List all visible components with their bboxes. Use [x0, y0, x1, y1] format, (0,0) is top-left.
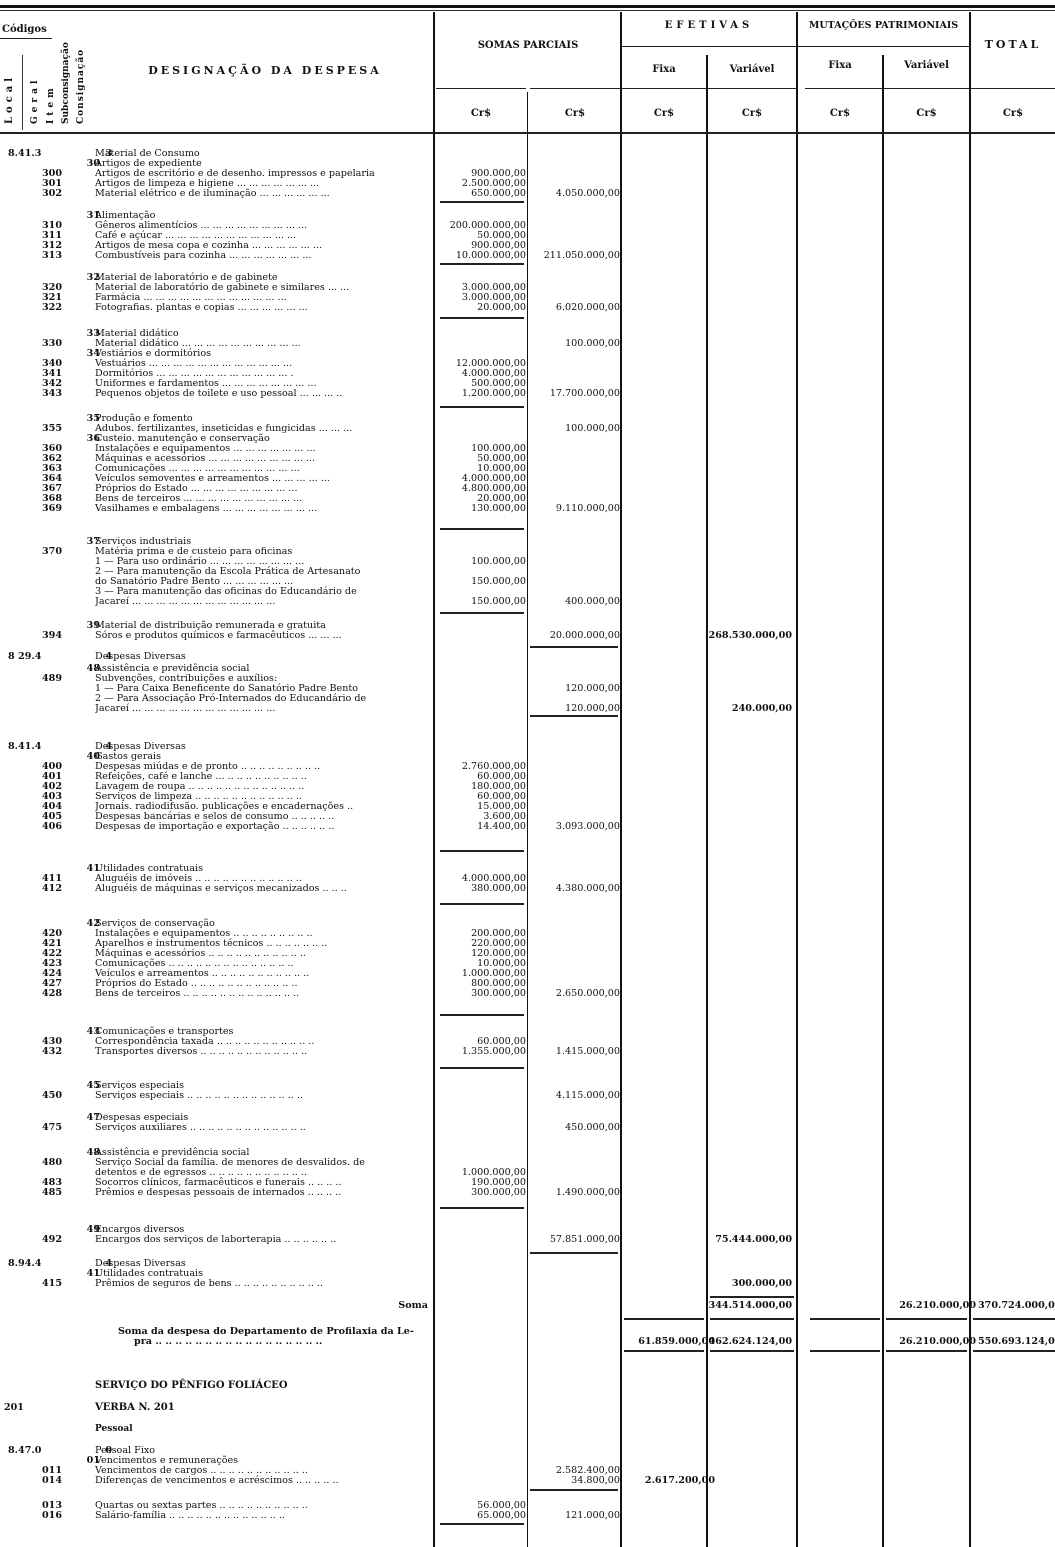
total-rule — [810, 1318, 880, 1320]
currency-label: Cr$ — [708, 108, 796, 119]
row-soma-parcial-1: 300.000,00 — [436, 988, 526, 999]
table-row: 322Fotografias. plantas e copias ... ...… — [0, 302, 1055, 313]
subtotal-rule — [530, 1252, 618, 1254]
row-soma-parcial-2: 211.050.000,00 — [530, 250, 620, 261]
table-row: 302Material elétrico e de iluminação ...… — [0, 188, 1055, 199]
mutacoes-header: MUTAÇÕES PATRIMONIAIS — [798, 20, 969, 31]
hdr-rule — [622, 88, 706, 89]
row-soma-parcial-2: 57.851.000,00 — [530, 1234, 620, 1245]
table-row: 492Encargos dos serviços de laborterapia… — [0, 1234, 1055, 1245]
row-code: 016 — [32, 1510, 62, 1521]
hdr-rule — [436, 88, 526, 89]
table-row: Jacareí ... ... ... ... ... ... ... ... … — [0, 703, 1055, 714]
col-consignacao: Consignação — [76, 49, 86, 124]
hdr-rule — [971, 88, 1055, 89]
row-description: Aluguéis de máquinas e serviços mecaniza… — [95, 883, 430, 894]
row-code: 415 — [32, 1278, 62, 1289]
col-geral: Geral — [30, 77, 40, 124]
subtotal-rule — [440, 1014, 524, 1016]
table-row: 369Vasilhames e embalagens ... ... ... .… — [0, 503, 1055, 514]
row-description: Prêmios de seguros de bens .. .. .. .. .… — [95, 1278, 430, 1289]
codigos-rule — [0, 38, 52, 39]
row-efetivas-variavel: 268.530.000,00 — [700, 630, 792, 641]
subtotal-rule — [440, 903, 524, 905]
subtotal-rule — [440, 263, 524, 265]
row-soma-parcial-1: 150.000,00 — [436, 596, 526, 607]
table-row: 313Combustíveis para cozinha ... ... ...… — [0, 250, 1055, 261]
row-description: Prêmios e despesas pessoais de internado… — [95, 1187, 430, 1198]
col-subconsignacao: Subconsignação — [61, 42, 71, 124]
subtotal-rule — [440, 317, 524, 319]
row-code: 475 — [32, 1122, 62, 1133]
row-soma-parcial-2: 20.000.000,00 — [530, 630, 620, 641]
soma-depto-efetivas-variavel: 462.624.124,00 — [700, 1336, 792, 1347]
row-soma-parcial-1: 20.000,00 — [436, 302, 526, 313]
row-soma-parcial-2: 121.000,00 — [530, 1510, 620, 1521]
row-description: Serviços auxiliares .. .. .. .. .. .. ..… — [95, 1122, 430, 1133]
currency-label: Cr$ — [971, 108, 1055, 119]
row-code: 450 — [32, 1090, 62, 1101]
table-row: 016Salário-família .. .. .. .. .. .. .. … — [0, 1510, 1055, 1521]
total-rule — [886, 1350, 967, 1352]
row-code: 406 — [32, 821, 62, 832]
row-soma-parcial-2: 6.020.000,00 — [530, 302, 620, 313]
row-soma-parcial-2: 2.650.000,00 — [530, 988, 620, 999]
currency-label: Cr$ — [622, 108, 706, 119]
total-rule — [710, 1350, 794, 1352]
row-soma-parcial-1: 10.000.000,00 — [436, 250, 526, 261]
row-description: Vasilhames e embalagens ... ... ... ... … — [95, 503, 430, 514]
table-row: 8 29.44Despesas Diversas — [0, 651, 1055, 662]
total-rule — [624, 1318, 704, 1320]
soma-efetivas-variavel: 344.514.000,00 — [700, 1300, 792, 1311]
hdr-rule — [798, 46, 969, 47]
budget-page: Códigos Local Geral Item Subconsignação … — [0, 0, 1055, 1547]
row-code: 014 — [32, 1475, 62, 1486]
subtotal-rule — [530, 646, 618, 648]
subtotal-rule — [440, 1067, 524, 1069]
row-efetivas-fixa: 2.617.200,00 — [623, 1475, 715, 1486]
subtotal-rule — [440, 612, 524, 614]
currency-label: Cr$ — [884, 108, 969, 119]
row-description: Pequenos objetos de toilete e uso pessoa… — [95, 388, 430, 399]
currency-label: Cr$ — [530, 108, 620, 119]
verba-code: 201 — [4, 1402, 24, 1413]
efetivas-fixa: Fixa — [622, 64, 706, 75]
row-description: Combustíveis para cozinha ... ... ... ..… — [95, 250, 430, 261]
soma-depto-label-2: pra .. .. .. .. .. .. .. .. .. .. .. .. … — [134, 1336, 430, 1347]
row-soma-parcial-2: 450.000,00 — [530, 1122, 620, 1133]
row-soma-parcial-2: 4.380.000,00 — [530, 883, 620, 894]
somas-parciais-header: SOMAS PARCIAIS — [436, 40, 620, 51]
total-rule — [710, 1318, 794, 1320]
row-description: Jacareí ... ... ... ... ... ... ... ... … — [95, 596, 430, 607]
subtotal-rule — [530, 715, 618, 717]
col-item: Item — [46, 84, 56, 124]
row-description: Despesas Diversas — [95, 651, 430, 662]
soma-total: 370.724.000,00 — [978, 1300, 1055, 1311]
row-soma-parcial-1: 650.000,00 — [436, 188, 526, 199]
row-description: Sóros e produtos químicos e farmacêutico… — [95, 630, 430, 641]
row-soma-parcial-1: 1.355.000,00 — [436, 1046, 526, 1057]
designacao-header: DESIGNAÇÃO DA DESPESA — [100, 64, 430, 77]
table-row: 343Pequenos objetos de toilete e uso pes… — [0, 388, 1055, 399]
subtotal-rule — [440, 850, 524, 852]
hdr-rule — [884, 88, 969, 89]
subtotal-rule — [440, 528, 524, 530]
efetivas-header: EFETIVAS — [622, 20, 796, 31]
row-efetivas-variavel: 300.000,00 — [700, 1278, 792, 1289]
hdr-rule — [622, 46, 796, 47]
row-soma-parcial-1: 130.000,00 — [436, 503, 526, 514]
hdr-rule — [805, 88, 882, 89]
table-row: 415Prêmios de seguros de bens .. .. .. .… — [0, 1278, 1055, 1289]
total-rule — [810, 1350, 880, 1352]
row-soma-parcial-2: 400.000,00 — [530, 596, 620, 607]
table-row: 406Despesas de importação e exportação .… — [0, 821, 1055, 832]
servico-title: SERVIÇO DO PÊNFIGO FOLIÁCEO — [95, 1380, 288, 1391]
pessoal-label: Pessoal — [95, 1424, 133, 1434]
row-description: Fotografias. plantas e copias ... ... ..… — [95, 302, 430, 313]
table-row: 394Sóros e produtos químicos e farmacêut… — [0, 630, 1055, 641]
top-rule-thin — [0, 10, 1055, 11]
row-soma-parcial-2: 9.110.000,00 — [530, 503, 620, 514]
row-description: Material elétrico e de iluminação ... ..… — [95, 188, 430, 199]
codigos-header: Códigos — [2, 24, 47, 35]
row-code: 302 — [32, 188, 62, 199]
row-description: Salário-família .. .. .. .. .. .. .. .. … — [95, 1510, 430, 1521]
row-soma-parcial-1: 300.000,00 — [436, 1187, 526, 1198]
row-efetivas-variavel: 75.444.000,00 — [700, 1234, 792, 1245]
subtotal-rule — [440, 1523, 524, 1525]
total-rule — [624, 1350, 704, 1352]
row-soma-parcial-2: 34.800,00 — [530, 1475, 620, 1486]
row-description: Transportes diversos .. .. .. .. .. .. .… — [95, 1046, 430, 1057]
mutacoes-fixa: Fixa — [798, 60, 882, 71]
total-header: TOTAL — [971, 38, 1055, 51]
row-soma-parcial-2: 17.700.000,00 — [530, 388, 620, 399]
row-code: 428 — [32, 988, 62, 999]
row-efetivas-variavel: 240.000,00 — [700, 703, 792, 714]
row-soma-parcial-2: 1.415.000,00 — [530, 1046, 620, 1057]
soma-depto-total: 550.693.124,00 — [978, 1336, 1055, 1347]
subtotal-rule — [440, 201, 524, 203]
row-code: 485 — [32, 1187, 62, 1198]
table-row: 428Bens de terceiros .. .. .. .. .. .. .… — [0, 988, 1055, 999]
verba-title: VERBA N. 201 — [95, 1402, 175, 1413]
table-row: 412Aluguéis de máquinas e serviços mecan… — [0, 883, 1055, 894]
row-description: Bens de terceiros .. .. .. .. .. .. .. .… — [95, 988, 430, 999]
currency-label: Cr$ — [436, 108, 526, 119]
currency-label: Cr$ — [798, 108, 882, 119]
row-code: 313 — [32, 250, 62, 261]
row-code: 322 — [32, 302, 62, 313]
total-rule — [973, 1318, 1055, 1320]
row-description: Serviços especiais .. .. .. .. .. .. .. … — [95, 1090, 430, 1101]
hdr-rule — [708, 88, 796, 89]
row-code: 412 — [32, 883, 62, 894]
row-local-code: 8 29.4 — [8, 651, 41, 662]
row-soma-parcial-1: 380.000,00 — [436, 883, 526, 894]
table-row: 432Transportes diversos .. .. .. .. .. .… — [0, 1046, 1055, 1057]
row-soma-parcial-2: 4.115.000,00 — [530, 1090, 620, 1101]
soma-label: Soma — [95, 1300, 428, 1311]
table-row: 014Diferenças de vencimentos e acréscimo… — [0, 1475, 1055, 1486]
row-soma-parcial-2: 3.093.000,00 — [530, 821, 620, 832]
total-rule — [973, 1350, 1055, 1352]
mutacoes-variavel: Variável — [884, 60, 969, 71]
col-local: Local — [4, 74, 15, 124]
table-row: 485Prêmios e despesas pessoais de intern… — [0, 1187, 1055, 1198]
row-soma-parcial-2: 1.490.000,00 — [530, 1187, 620, 1198]
row-code: 492 — [32, 1234, 62, 1245]
efetivas-variavel: Variável — [708, 64, 796, 75]
row-description: Encargos dos serviços de laborterapia ..… — [95, 1234, 430, 1245]
subtotal-rule — [440, 1207, 524, 1209]
row-code: 432 — [32, 1046, 62, 1057]
soma-depto-row-2: pra .. .. .. .. .. .. .. .. .. .. .. .. … — [0, 1336, 1055, 1347]
row-soma-parcial-2: 120.000,00 — [530, 703, 620, 714]
subtotal-rule — [440, 406, 524, 408]
soma-mutacoes-variavel: 26.210.000,00 — [880, 1300, 976, 1311]
row-soma-parcial-1: 1.200.000,00 — [436, 388, 526, 399]
soma-row: Soma 344.514.000,00 26.210.000,00 370.72… — [0, 1300, 1055, 1311]
col-divider — [22, 55, 23, 130]
hdr-rule — [530, 88, 620, 89]
soma-depto-mutacoes-variavel: 26.210.000,00 — [880, 1336, 976, 1347]
top-rule — [0, 5, 1055, 8]
row-soma-parcial-1: 65.000,00 — [436, 1510, 526, 1521]
row-soma-parcial-1: 14.400,00 — [436, 821, 526, 832]
row-description: Despesas de importação e exportação .. .… — [95, 821, 430, 832]
total-rule — [886, 1318, 967, 1320]
row-code: 343 — [32, 388, 62, 399]
table-row: Jacareí ... ... ... ... ... ... ... ... … — [0, 596, 1055, 607]
row-code: 394 — [32, 630, 62, 641]
subtotal-rule — [530, 1489, 618, 1491]
row-soma-parcial-2: 4.050.000,00 — [530, 188, 620, 199]
table-row: 475Serviços auxiliares .. .. .. .. .. ..… — [0, 1122, 1055, 1133]
row-description: Jacareí ... ... ... ... ... ... ... ... … — [95, 703, 430, 714]
header-bottom-rule — [0, 132, 1055, 134]
table-row: 450Serviços especiais .. .. .. .. .. .. … — [0, 1090, 1055, 1101]
row-description: Diferenças de vencimentos e acréscimos .… — [95, 1475, 430, 1486]
row-code: 369 — [32, 503, 62, 514]
subtotal-rule — [710, 1296, 794, 1298]
